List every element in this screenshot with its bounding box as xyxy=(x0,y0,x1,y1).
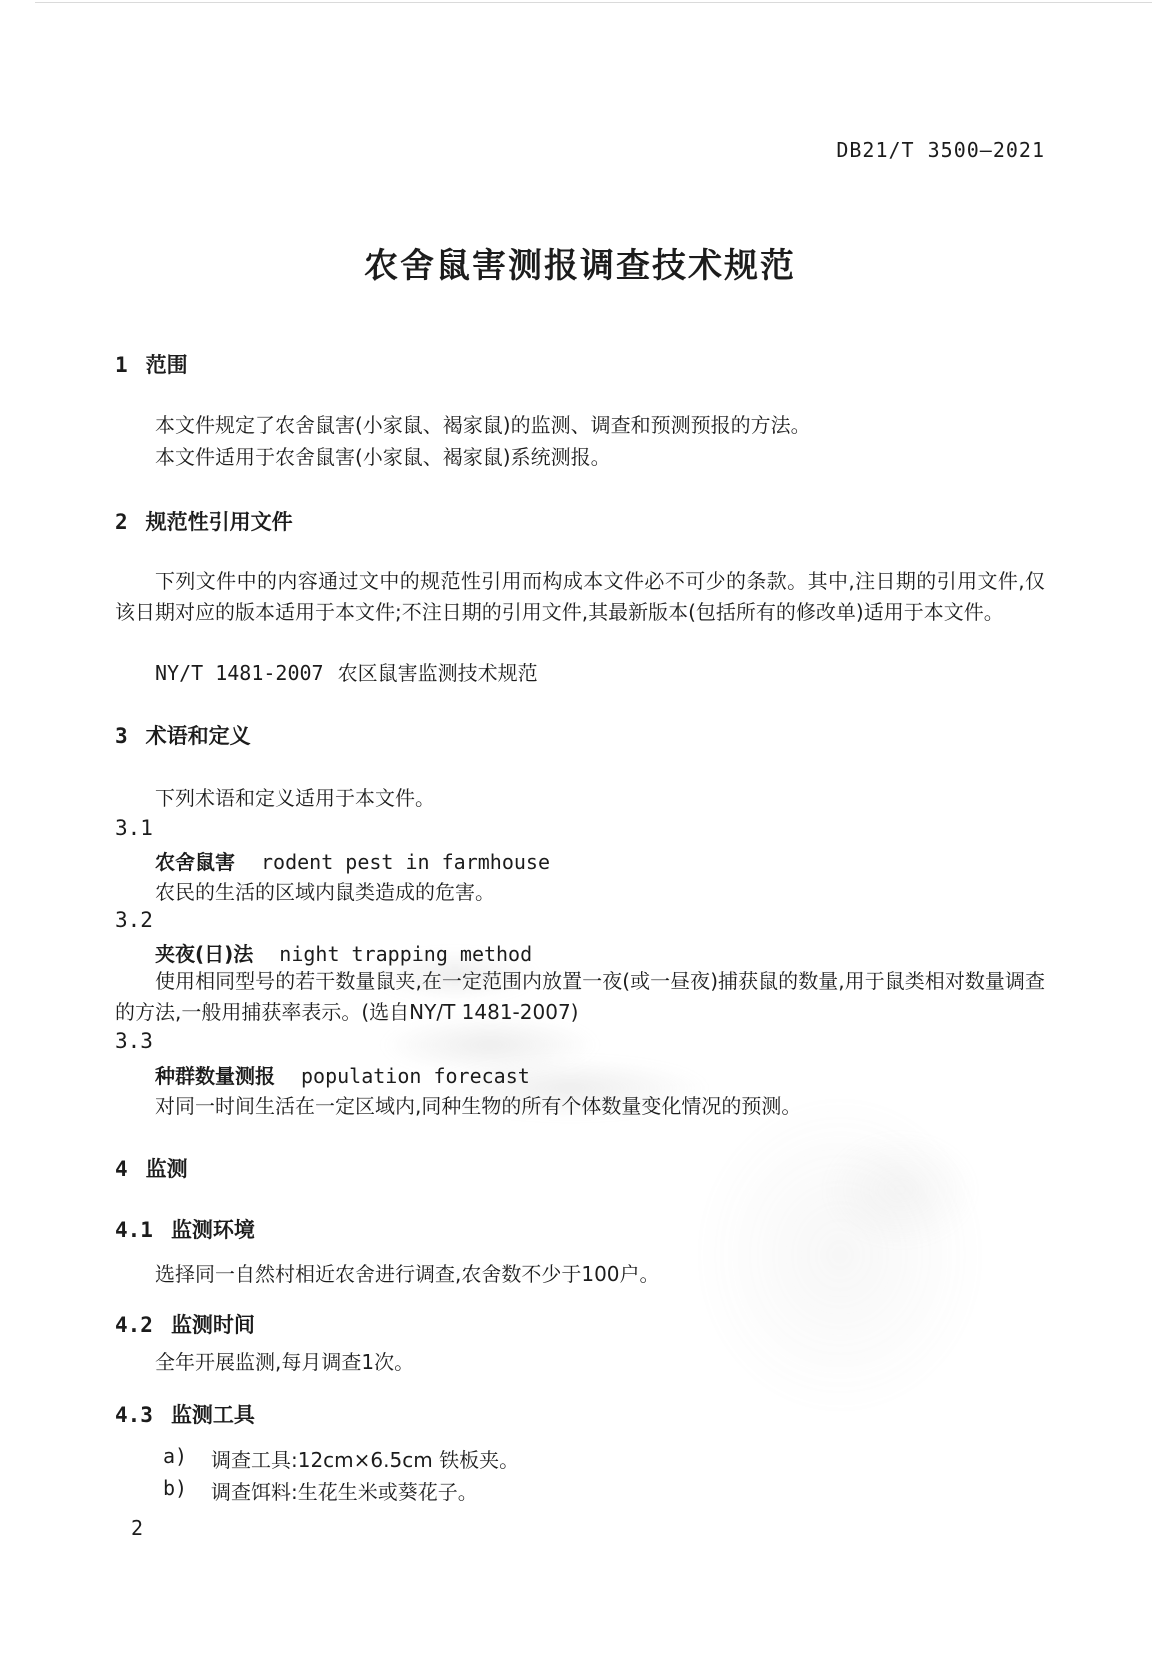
term-3-3-zh: 种群数量测报 xyxy=(155,1064,275,1088)
section-4-1-label: 监测环境 xyxy=(171,1214,255,1244)
list-text-b: 调查饵料:生花生米或葵花子。 xyxy=(211,1476,478,1505)
term-3-3-number: 3.3 xyxy=(115,1029,1045,1053)
section-1-number: 1 xyxy=(115,353,128,377)
section-2-number: 2 xyxy=(115,510,128,534)
section-1-heading: 1 范围 xyxy=(115,349,1045,379)
tool-list-item: b) 调查饵料:生花生米或葵花子。 xyxy=(163,1476,1043,1505)
tool-list-item: a) 调查工具:12cm×6.5cm 铁板夹。 xyxy=(163,1444,1043,1473)
term-3-3-definition: 对同一时间生活在一定区域内,同种生物的所有个体数量变化情况的预测。 xyxy=(115,1091,1045,1122)
section-4-3-number: 4.3 xyxy=(115,1403,153,1427)
section-4-2-heading: 4.2 监测时间 xyxy=(115,1309,1045,1339)
term-3-2-definition: 使用相同型号的若干数量鼠夹,在一定范围内放置一夜(或一昼夜)捕获鼠的数量,用于鼠… xyxy=(115,966,1045,1028)
section-4-2-paragraph: 全年开展监测,每月调查1次。 xyxy=(115,1347,1045,1378)
document-page: DB21/T 3500—2021 农舍鼠害测报调查技术规范 1 范围 本文件规定… xyxy=(0,0,1160,1661)
term-3-3-title: 种群数量测报population forecast xyxy=(115,1060,1045,1089)
section-1-label: 范围 xyxy=(146,349,188,379)
document-title: 农舍鼠害测报调查技术规范 xyxy=(0,238,1160,287)
reference-entry: NY/T 1481-2007农区鼠害监测技术规范 xyxy=(115,658,1045,689)
term-3-1-number: 3.1 xyxy=(115,816,1045,840)
term-3-2-title: 夹夜(日)法night trapping method xyxy=(115,938,1045,967)
term-3-2-zh: 夹夜(日)法 xyxy=(155,942,253,966)
reference-code: NY/T 1481-2007 xyxy=(155,661,324,685)
page-number: 2 xyxy=(131,1516,143,1540)
section-4-3-heading: 4.3 监测工具 xyxy=(115,1399,1045,1429)
terms-intro: 下列术语和定义适用于本文件。 xyxy=(115,783,1045,814)
scope-paragraph-2: 本文件适用于农舍鼠害(小家鼠、褐家鼠)系统测报。 xyxy=(115,442,1045,473)
standard-code: DB21/T 3500—2021 xyxy=(115,138,1045,162)
section-4-3-label: 监测工具 xyxy=(171,1399,255,1429)
section-3-number: 3 xyxy=(115,724,128,748)
section-4-number: 4 xyxy=(115,1157,128,1181)
section-4-heading: 4 监测 xyxy=(115,1153,1045,1183)
list-marker-b: b) xyxy=(163,1476,211,1505)
reference-title: 农区鼠害监测技术规范 xyxy=(338,661,538,685)
term-3-2-en: night trapping method xyxy=(279,942,532,966)
term-3-3-en: population forecast xyxy=(301,1064,530,1088)
term-3-1-title: 农舍鼠害rodent pest in farmhouse xyxy=(115,846,1045,875)
section-3-label: 术语和定义 xyxy=(146,720,251,750)
term-3-2-number: 3.2 xyxy=(115,908,1045,932)
section-4-2-label: 监测时间 xyxy=(171,1309,255,1339)
section-4-1-number: 4.1 xyxy=(115,1218,153,1242)
references-paragraph: 下列文件中的内容通过文中的规范性引用而构成本文件必不可少的条款。其中,注日期的引… xyxy=(115,566,1045,628)
section-3-heading: 3 术语和定义 xyxy=(115,720,1045,750)
section-4-1-paragraph: 选择同一自然村相近农舍进行调查,农舍数不少于100户。 xyxy=(115,1259,1045,1290)
term-3-1-zh: 农舍鼠害 xyxy=(155,850,235,874)
term-3-1-definition: 农民的生活的区域内鼠类造成的危害。 xyxy=(115,877,1045,908)
term-3-1-en: rodent pest in farmhouse xyxy=(261,850,550,874)
section-4-2-number: 4.2 xyxy=(115,1313,153,1337)
section-4-label: 监测 xyxy=(146,1153,188,1183)
scan-edge-line xyxy=(35,2,1152,3)
scope-paragraph-1: 本文件规定了农舍鼠害(小家鼠、褐家鼠)的监测、调查和预测预报的方法。 xyxy=(115,410,1045,441)
list-marker-a: a) xyxy=(163,1444,211,1473)
list-text-a: 调查工具:12cm×6.5cm 铁板夹。 xyxy=(211,1444,519,1473)
section-2-label: 规范性引用文件 xyxy=(146,506,293,536)
section-2-heading: 2 规范性引用文件 xyxy=(115,506,1045,536)
section-4-1-heading: 4.1 监测环境 xyxy=(115,1214,1045,1244)
